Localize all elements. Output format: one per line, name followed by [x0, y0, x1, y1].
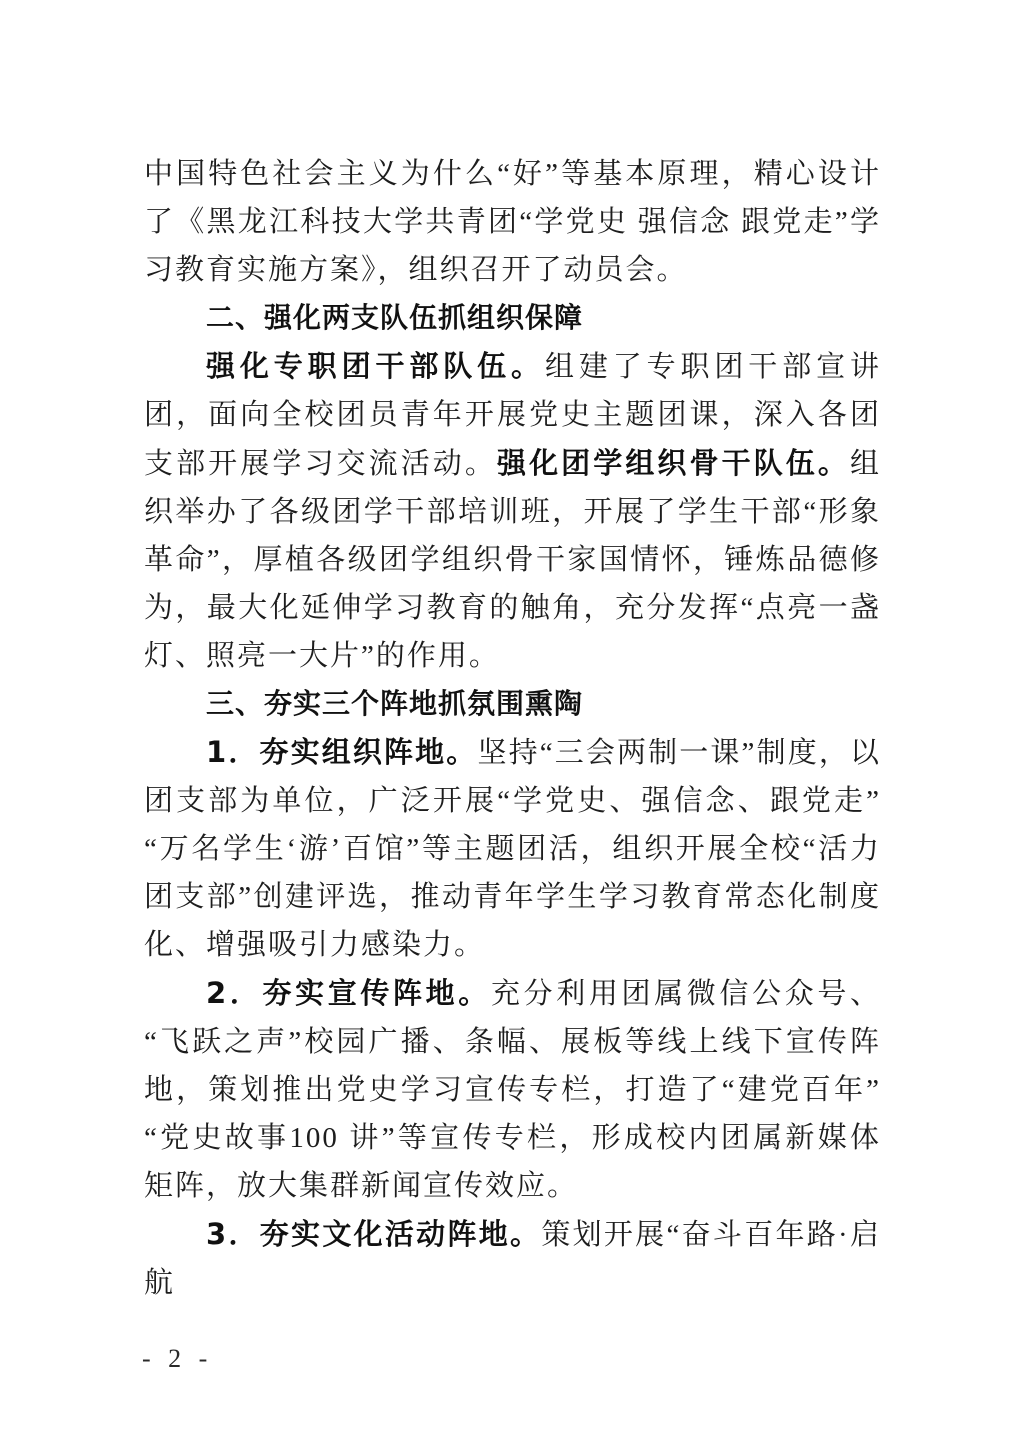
bold-lead-organization-position: 1．夯实组织阵地。 [206, 735, 477, 769]
bold-lead-culture-activity-position: 3．夯实文化活动阵地。 [206, 1217, 541, 1251]
paragraph-organization-position: 1．夯实组织阵地。坚持“三会两制一课”制度，以团支部为单位，广泛开展“学党史、强… [144, 728, 881, 969]
section-heading-three: 三、夯实三个阵地抓氛围熏陶 [144, 680, 881, 728]
body-text-publicity-position: 充分利用团属微信公众号、“飞跃之声”校园广播、条幅、展板等线上线下宣传阵地，策划… [144, 978, 881, 1202]
bold-lead-full-time-cadre-team: 强化专职团干部队伍。 [206, 349, 545, 383]
paragraph-culture-activity-position: 3．夯实文化活动阵地。策划开展“奋斗百年路·启航 [144, 1210, 881, 1307]
bold-lead-publicity-position: 2．夯实宣传阵地。 [206, 976, 491, 1010]
body-text-organization-position: 坚持“三会两制一课”制度，以团支部为单位，广泛开展“学党史、强信念、跟党走”“万… [144, 737, 881, 961]
paragraph-two-teams: 强化专职团干部队伍。组建了专职团干部宣讲团，面向全校团员青年开展党史主题团课，深… [144, 342, 881, 680]
document-body: 中国特色社会主义为什么“好”等基本原理，精心设计了《黑龙江科技大学共青团“学党史… [144, 150, 881, 1307]
section-heading-two: 二、强化两支队伍抓组织保障 [144, 294, 881, 342]
paragraph-continuation: 中国特色社会主义为什么“好”等基本原理，精心设计了《黑龙江科技大学共青团“学党史… [144, 150, 881, 294]
page-number: - 2 - [142, 1344, 210, 1374]
document-page: 中国特色社会主义为什么“好”等基本原理，精心设计了《黑龙江科技大学共青团“学党史… [0, 0, 1024, 1447]
bold-lead-student-backbone-team: 强化团学组织骨干队伍。 [497, 446, 850, 480]
paragraph-publicity-position: 2．夯实宣传阵地。充分利用团属微信公众号、“飞跃之声”校园广播、条幅、展板等线上… [144, 969, 881, 1210]
body-text-student-backbone: 组织举办了各级团学干部培训班，开展了学生干部“形象革命”，厚植各级团学组织骨干家… [144, 448, 881, 672]
